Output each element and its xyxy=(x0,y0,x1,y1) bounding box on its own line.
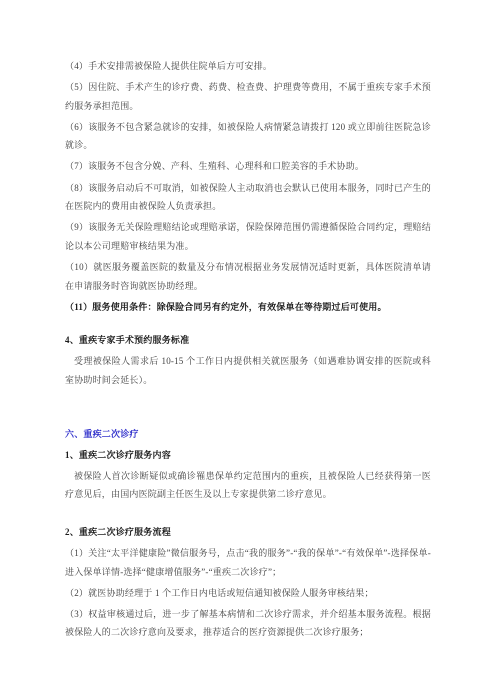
heading-second-opinion-content: 1、重疾二次诊疗服务内容 xyxy=(65,446,431,465)
list-item-11: （11）服务使用条件：除保险合同另有约定外，有效保单在等待期过后可使用。 xyxy=(65,298,431,317)
document-page: （4）手术安排需被保险人提供住院单后方可安排。（5）因住院、手术产生的诊疗费、药… xyxy=(0,0,495,700)
heading-surgery-standard: 4、重疾专家手术预约服务标准 xyxy=(65,331,431,350)
list-item-process-2: （2）就医协助经理于 1 个工作日内电话或短信通知被保险人服务审核结果； xyxy=(65,584,431,603)
paragraph-surgery-standard: 受理被保险人需求后 10-15 个工作日内提供相关就医服务（如遇难协调安排的医院… xyxy=(65,352,431,389)
list-item-process-1: （1）关注“太平洋健康险”微信服务号，点击“我的服务”-“我的保单”-“有效保单… xyxy=(65,544,431,581)
list-item-7: （7）该服务不包含分娩、产科、生殖科、心理科和口腔美容的手术协助。 xyxy=(65,157,431,176)
heading-chapter-six: 六、重疾二次诊疗 xyxy=(65,425,431,444)
list-item-4: （4）手术安排需被保险人提供住院单后方可安排。 xyxy=(65,57,431,76)
list-item-10: （10）就医服务覆盖医院的数量及分布情况根据业务发展情况适时更新，具体医院清单请… xyxy=(65,258,431,295)
document-body: （4）手术安排需被保险人提供住院单后方可安排。（5）因住院、手术产生的诊疗费、药… xyxy=(65,57,431,642)
list-item-5: （5）因住院、手术产生的诊疗费、药费、检查费、护理费等费用，不属于重疾专家手术预… xyxy=(65,78,431,115)
paragraph-second-opinion-content: 被保险人首次诊断疑似或确诊罹患保单约定范围内的重疾，且被保险人已经获得第一医疗意… xyxy=(65,467,431,504)
list-item-9: （9）该服务无关保险理赔结论或理赔承诺，保险保障范围仍需遵循保险合同约定，理赔结… xyxy=(65,218,431,255)
list-item-6: （6）该服务不包含紧急就诊的安排，如被保险人病情紧急请拨打 120 或立即前往医… xyxy=(65,118,431,155)
list-item-8: （8）该服务启动后不可取消，如被保险人主动取消也会默认已使用本服务，同时已产生的… xyxy=(65,179,431,216)
heading-second-opinion-process: 2、重疾二次诊疗服务流程 xyxy=(65,523,431,542)
list-item-process-3: （3）权益审核通过后，进一步了解基本病情和二次诊疗需求，并介绍基本服务流程。根据… xyxy=(65,605,431,642)
